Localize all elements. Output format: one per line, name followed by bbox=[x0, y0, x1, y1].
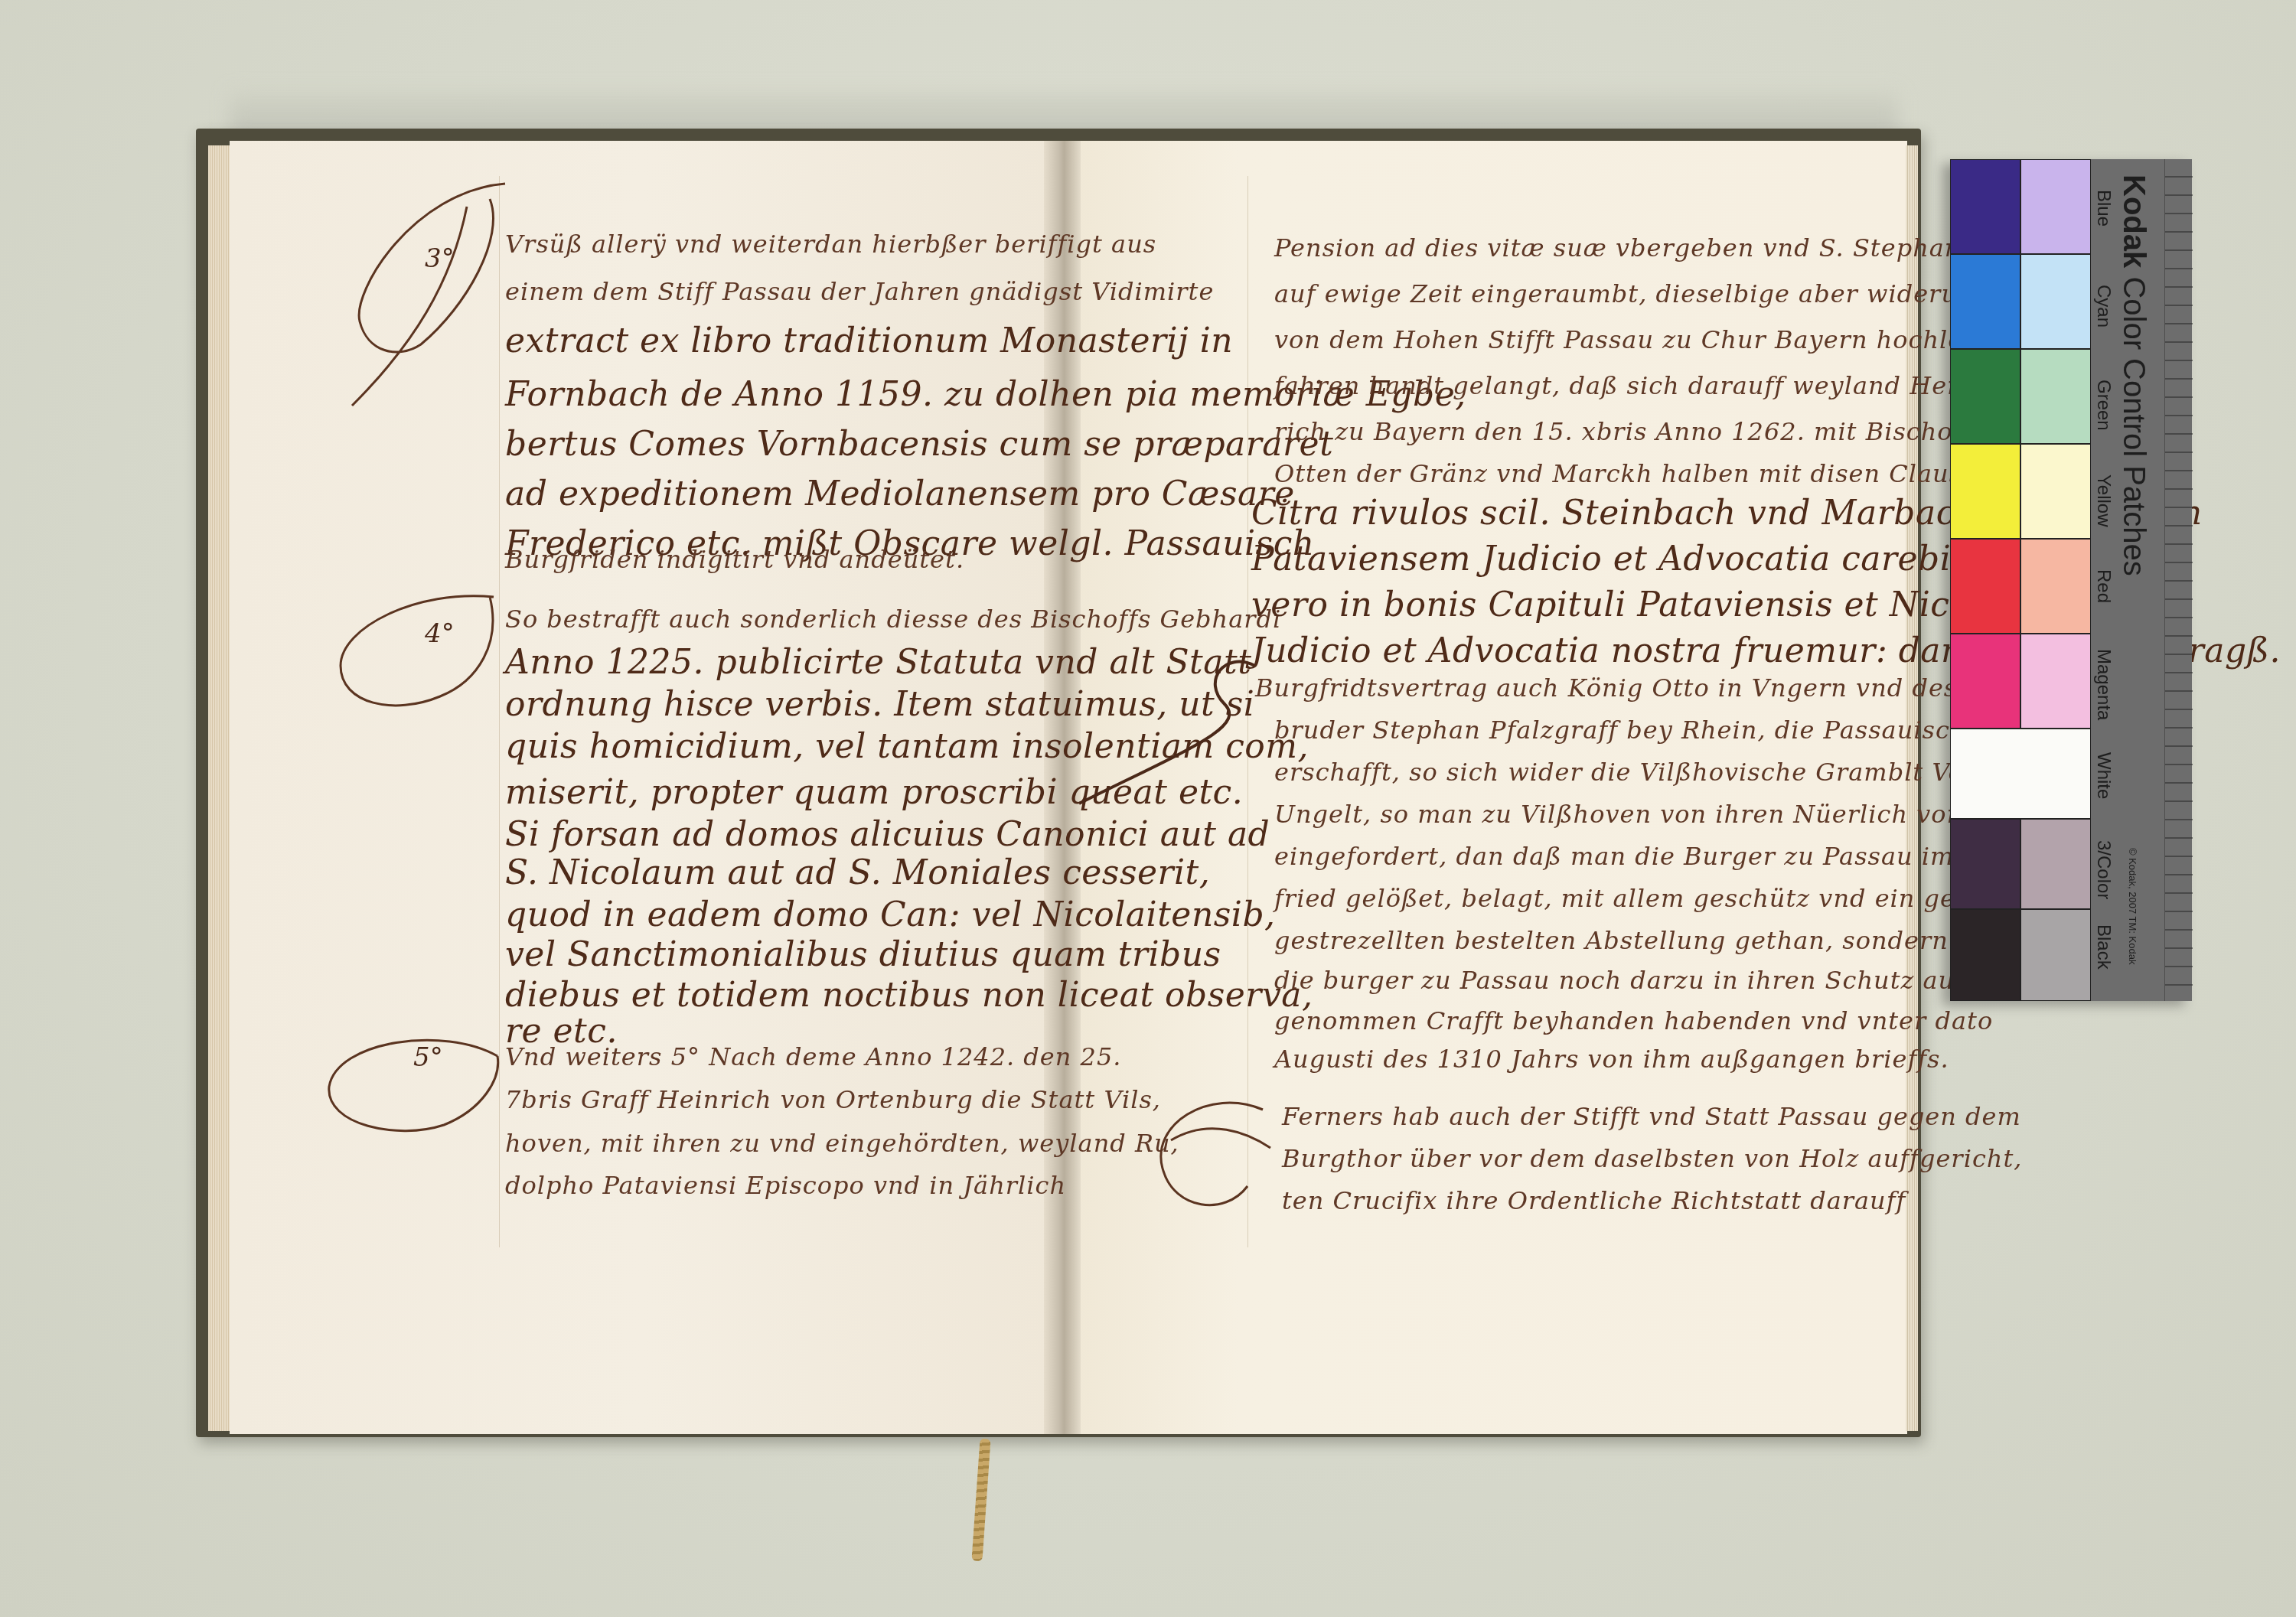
manuscript-line: Si forsan ad domos alicuius Canonici aut… bbox=[505, 815, 1270, 854]
manuscript-line: hoven, mit ihren zu vnd eingehördten, we… bbox=[505, 1129, 1179, 1158]
manuscript-line: rich zu Bayern den 15. xbris Anno 1262. … bbox=[1274, 417, 1972, 446]
patch-red-light bbox=[2020, 539, 2091, 634]
patch-3color-light bbox=[2020, 819, 2091, 909]
kodak-title: Kodak Color Control Patches bbox=[2116, 174, 2151, 576]
kodak-subtitle: Color Control Patches bbox=[2117, 276, 2151, 575]
flourish-initial-3 bbox=[337, 176, 520, 421]
patch-red-dark bbox=[1950, 539, 2020, 634]
patch-label-black: Black bbox=[2092, 924, 2114, 970]
entry-numeral: 3° bbox=[425, 243, 455, 274]
patch-magenta-dark bbox=[1950, 634, 2020, 729]
patch-black-light bbox=[2020, 909, 2091, 1001]
manuscript-line: S. Nicolaum aut ad S. Moniales cesserit, bbox=[505, 853, 1210, 892]
manuscript-line: die burger zu Passau noch darzu in ihren… bbox=[1274, 966, 1982, 995]
manuscript-line: dolpho Pataviensi Episcopo vnd in Jährli… bbox=[505, 1171, 1066, 1200]
manuscript-line: ten Crucifix ihre Ordentliche Richtstatt… bbox=[1282, 1186, 1906, 1215]
patch-cyan-light bbox=[2020, 254, 2091, 349]
manuscript-line: genommen Crafft beyhanden habenden vnd v… bbox=[1274, 1006, 1993, 1035]
manuscript-line: bertus Comes Vornbacensis cum se præpara… bbox=[505, 425, 1333, 464]
manuscript-line: Ferners hab auch der Stifft vnd Statt Pa… bbox=[1282, 1102, 2021, 1131]
patch-green-light bbox=[2020, 349, 2091, 444]
manuscript-line: Burgfridtsvertrag auch König Otto in Vng… bbox=[1255, 673, 2002, 703]
manuscript-line: 7bris Graff Heinrich von Ortenburg die S… bbox=[505, 1085, 1161, 1114]
manuscript-line: Vnd weiters 5° Nach deme Anno 1242. den … bbox=[505, 1042, 1121, 1071]
entry-numeral: 5° bbox=[413, 1042, 443, 1073]
manuscript-line: diebus et totidem noctibus non liceat ob… bbox=[505, 976, 1313, 1015]
flourish-initial-4 bbox=[325, 582, 509, 719]
patch-black-dark bbox=[1950, 909, 2020, 1001]
manuscript-line: Ungelt, so man zu Vilßhoven von ihren Nü… bbox=[1274, 800, 2052, 829]
patch-label-white: White bbox=[2092, 752, 2114, 799]
manuscript-line: einem dem Stiff Passau der Jahren gnädig… bbox=[505, 277, 1214, 306]
manuscript-line: vel Sanctimonialibus diutius quam tribus bbox=[505, 935, 1221, 974]
manuscript-line: Vrsüß allerÿ vnd weiterdan hierbßer beri… bbox=[505, 230, 1156, 259]
manuscript-line: So bestrafft auch sonderlich diesse des … bbox=[505, 605, 1281, 634]
patch-blue-dark bbox=[1950, 159, 2020, 254]
page-edges-left bbox=[208, 145, 231, 1431]
flourish-initial-F bbox=[1148, 1087, 1286, 1224]
patch-blue-light bbox=[2020, 159, 2091, 254]
manuscript-line: Pension ad dies vitæ suæ vbergeben vnd S… bbox=[1274, 233, 1977, 262]
manuscript-line: auf ewige Zeit eingeraumbt, dieselbige a… bbox=[1274, 279, 1998, 308]
kodak-ruler bbox=[2164, 159, 2193, 1001]
patch-label-red: Red bbox=[2092, 569, 2114, 603]
manuscript-line: gestrezellten bestelten Abstellung getha… bbox=[1274, 926, 1949, 955]
binding-thread bbox=[971, 1439, 990, 1562]
patch-yellow-dark bbox=[1950, 444, 2020, 539]
patch-magenta-light bbox=[2020, 634, 2091, 729]
entry-numeral: 4° bbox=[425, 618, 455, 649]
manuscript-line: ad expeditionem Mediolanensem pro Cæsare bbox=[505, 474, 1295, 513]
patch-white bbox=[1950, 729, 2091, 819]
manuscript-line: eingefordert, dan daß man die Burger zu … bbox=[1274, 842, 2036, 871]
manuscript-line: erschafft, so sich wider die Vilßhovisch… bbox=[1274, 758, 2065, 787]
patch-label-blue: Blue bbox=[2092, 190, 2114, 227]
manuscript-line: bruder Stephan Pfalzgraff bey Rhein, die… bbox=[1274, 716, 2063, 745]
kodak-copyright: © Kodak, 2007 TM: Kodak bbox=[2127, 848, 2138, 964]
patch-label-yellow: Yellow bbox=[2092, 474, 2114, 527]
manuscript-line: quod in eadem domo Can: vel Nicolaitensi… bbox=[505, 895, 1276, 934]
patch-label-cyan: Cyan bbox=[2092, 285, 2114, 328]
kodak-brand: Kodak bbox=[2117, 174, 2151, 268]
manuscript-line: Burgfriden indigitirt vnd andeütet. bbox=[505, 545, 964, 574]
patch-green-dark bbox=[1950, 349, 2020, 444]
flourish-initial-B bbox=[1071, 650, 1270, 819]
patch-3color-dark bbox=[1950, 819, 2020, 909]
manuscript-line: Augusti des 1310 Jahrs von ihm außgangen… bbox=[1274, 1045, 1949, 1074]
patch-label-3color: 3/Color bbox=[2092, 840, 2114, 899]
patch-yellow-light bbox=[2020, 444, 2091, 539]
patch-label-magenta: Magenta bbox=[2092, 649, 2114, 720]
manuscript-line: Burgthor über vor dem daselbsten von Hol… bbox=[1282, 1144, 2022, 1173]
patch-cyan-dark bbox=[1950, 254, 2020, 349]
manuscript-line: extract ex libro traditionum Monasterij … bbox=[505, 321, 1233, 360]
kodak-color-target: Kodak Color Control Patches Blue Cyan Gr… bbox=[1950, 159, 2192, 1001]
patch-label-green: Green bbox=[2092, 380, 2114, 431]
